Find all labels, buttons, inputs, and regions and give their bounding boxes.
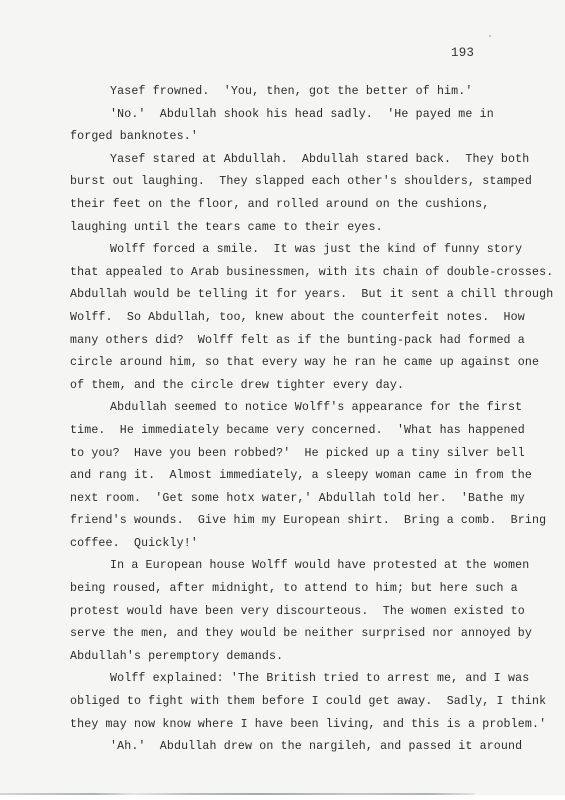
text-line: friend's wounds. Give him my European sh… (70, 510, 540, 533)
text-line: 'Ah.' Abdullah drew on the nargileh, and… (70, 736, 540, 759)
text-line: 'No.' Abdullah shook his head sadly. 'He… (70, 104, 540, 127)
text-line: Abdullah seemed to notice Wolff's appear… (70, 397, 540, 420)
text-line: burst out laughing. They slapped each ot… (70, 171, 540, 194)
text-line: many others did? Wolff felt as if the bu… (70, 330, 540, 353)
text-line: Wolff explained: 'The British tried to a… (70, 668, 540, 691)
text-line: their feet on the floor, and rolled arou… (70, 194, 540, 217)
text-line: Abdullah would be telling it for years. … (70, 284, 540, 307)
paper-speck (489, 35, 491, 37)
typewritten-page: 193 Yasef frowned. 'You, then, got the b… (0, 0, 565, 800)
text-line: circle around him, so that every way he … (70, 352, 540, 375)
text-line: of them, and the circle drew tighter eve… (70, 375, 540, 398)
text-line: they may now know where I have been livi… (70, 714, 540, 737)
text-line: coffee. Quickly!' (70, 533, 540, 556)
text-line: protest would have been very discourteou… (70, 601, 540, 624)
text-line: Yasef frowned. 'You, then, got the bette… (70, 81, 540, 104)
text-line: In a European house Wolff would have pro… (70, 555, 540, 578)
text-line: and rang it. Almost immediately, a sleep… (70, 465, 540, 488)
text-line: that appealed to Arab businessmen, with … (70, 262, 540, 285)
page-number: 193 (451, 46, 474, 60)
scan-margin (0, 795, 565, 800)
text-line: Yasef stared at Abdullah. Abdullah stare… (70, 149, 540, 172)
text-line: Abdullah's peremptory demands. (70, 646, 540, 669)
text-line: Wolff. So Abdullah, too, knew about the … (70, 307, 540, 330)
text-line: next room. 'Get some hotx water,' Abdull… (70, 488, 540, 511)
manuscript-body: Yasef frowned. 'You, then, got the bette… (70, 81, 540, 759)
text-line: laughing until the tears came to their e… (70, 217, 540, 240)
text-line: to you? Have you been robbed?' He picked… (70, 443, 540, 466)
text-line: being roused, after midnight, to attend … (70, 578, 540, 601)
text-line: serve the men, and they would be neither… (70, 623, 540, 646)
text-line: time. He immediately became very concern… (70, 420, 540, 443)
text-line: obliged to fight with them before I coul… (70, 691, 540, 714)
text-line: forged banknotes.' (70, 126, 540, 149)
text-line: Wolff forced a smile. It was just the ki… (70, 239, 540, 262)
